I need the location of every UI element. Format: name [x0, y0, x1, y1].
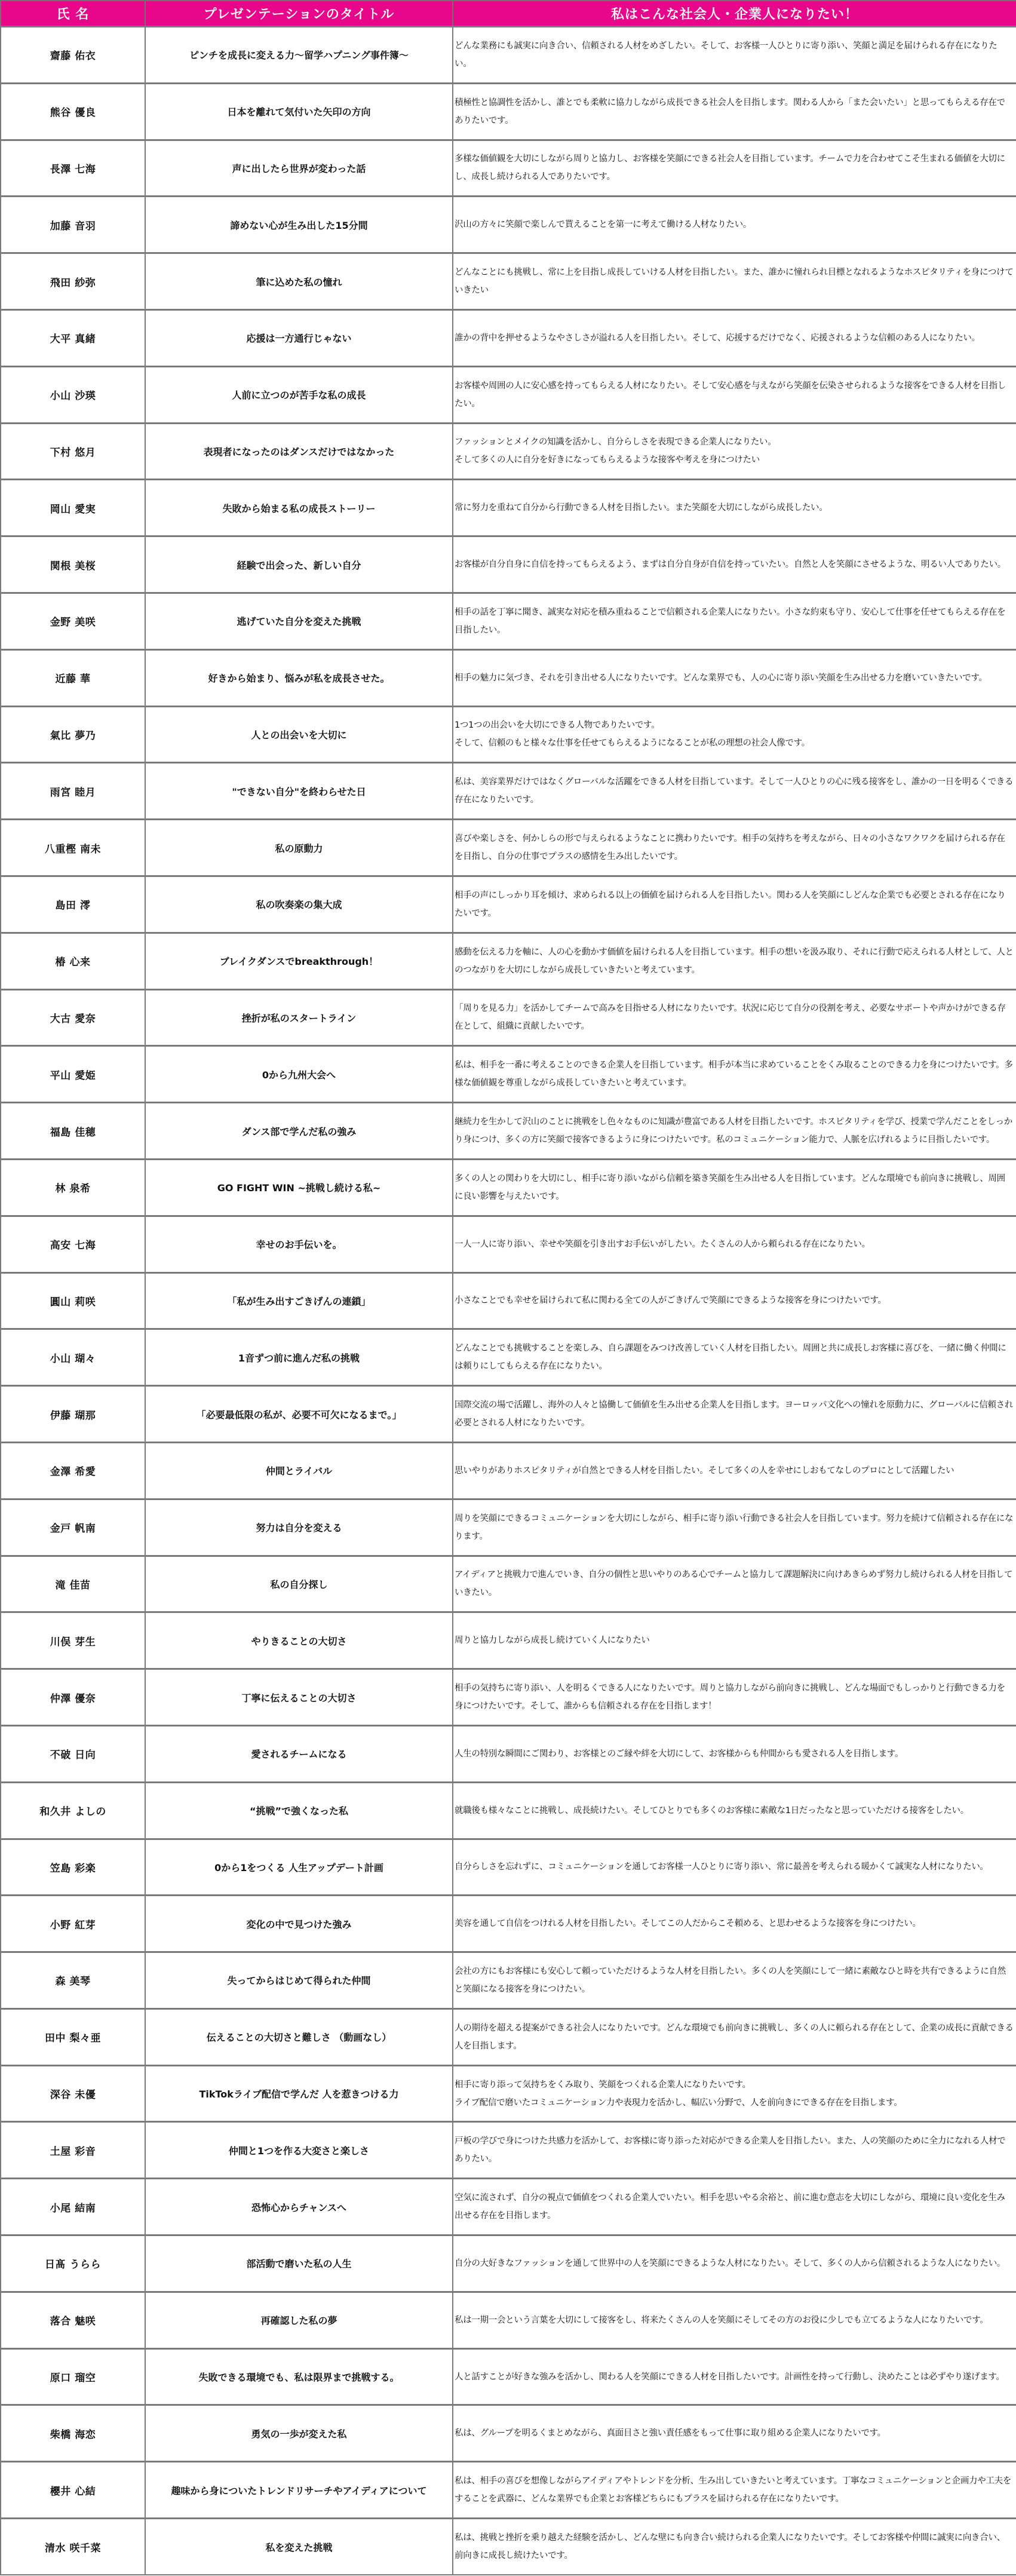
- student-name-cell: 小尾 結南: [1, 2179, 145, 2235]
- career-goal-cell: 私は、美容業界だけではなくグローバルな活躍をできる人材を目指しています。そして一…: [453, 763, 1016, 820]
- presentation-title-cell: 挫折が私のスタートライン: [145, 989, 453, 1046]
- presentation-title-cell: 0から1をつくる 人生アップデート計画: [145, 1839, 453, 1896]
- student-name-cell: 長澤 七海: [1, 140, 145, 197]
- table-row: 平山 愛姫0から九州大会へ私は、相手を一番に考えることのできる企業人を目指してい…: [1, 1046, 1016, 1103]
- table-row: 長澤 七海声に出したら世界が変わった話多様な価値観を大切にしながら周りと協力し、…: [1, 140, 1016, 197]
- student-name-cell: 小山 瑚々: [1, 1329, 145, 1386]
- career-goal-cell: ファッションとメイクの知識を活かし、自分らしさを表現できる企業人になりたい。 そ…: [453, 423, 1016, 480]
- career-goal-cell: 喜びや楽しさを、何かしらの形で与えられるようなことに携わりたいです。相手の気持ち…: [453, 820, 1016, 876]
- career-goal-cell: 小さなことでも幸せを届けられて私に関わる全ての人がごきげんで笑顔にできるような接…: [453, 1272, 1016, 1329]
- student-name-cell: 島田 澪: [1, 876, 145, 933]
- presentation-title-cell: 私を変えた挑戦: [145, 2519, 453, 2575]
- student-name-cell: 平山 愛姫: [1, 1046, 145, 1103]
- column-header-name: 氏 名: [1, 1, 145, 27]
- student-name-cell: 森 美琴: [1, 1952, 145, 2009]
- presentation-title-cell: 私の原動力: [145, 820, 453, 876]
- career-goal-cell: 戸板の学びで身につけた共感力を活かして、お客様に寄り添った対応ができる企業人を目…: [453, 2122, 1016, 2179]
- presentation-title-cell: 1音ずつ前に進んだ私の挑戦: [145, 1329, 453, 1386]
- student-name-cell: 小山 沙瑛: [1, 366, 145, 423]
- career-goal-cell: 人と話すことが好きな強みを活かし、関わる人を笑顔にできる人材を目指したいです。計…: [453, 2348, 1016, 2405]
- career-goal-cell: 国際交流の場で活躍し、海外の人々と協働して価値を生み出せる企業人を目指します。ヨ…: [453, 1386, 1016, 1443]
- student-name-cell: 日髙 うらら: [1, 2235, 145, 2292]
- table-row: 島田 澪私の吹奏楽の集大成相手の声にしっかり耳を傾け、求められる以上の価値を届け…: [1, 876, 1016, 933]
- presentation-title-cell: 私の自分探し: [145, 1556, 453, 1612]
- career-goal-cell: 周りを笑顔にできるコミュニケーションを大切にしながら、相手に寄り添い行動できる社…: [453, 1499, 1016, 1556]
- column-header-title: プレゼンテーションのタイトル: [145, 1, 453, 27]
- career-goal-cell: 積極性と協調性を活かし、誰とでも柔軟に協力しながら成長できる社会人を目指します。…: [453, 83, 1016, 140]
- presentation-title-cell: 丁寧に伝えることの大切さ: [145, 1669, 453, 1726]
- presentation-title-cell: ピンチを成長に変える力～留学ハプニング事件簿～: [145, 27, 453, 84]
- career-goal-cell: 継続力を生かして沢山のことに挑戦をし色々なものに知識が豊富である人材を目指したい…: [453, 1103, 1016, 1160]
- table-row: 小山 沙瑛人前に立つのが苦手な私の成長お客様や周囲の人に安心感を持ってもらえる人…: [1, 366, 1016, 423]
- table-row: 雨宮 睦月"できない自分"を終わらせた日私は、美容業界だけではなくグローバルな活…: [1, 763, 1016, 820]
- table-row: 小野 紅芽変化の中で見つけた強み美容を通して自信をつけれる人材を目指したい。そし…: [1, 1896, 1016, 1952]
- student-name-cell: 仲澤 優奈: [1, 1669, 145, 1726]
- career-goal-cell: 人生の特別な瞬間にご関わり、お客様とのご縁や絆を大切にして、お客様からも仲間から…: [453, 1725, 1016, 1782]
- table-row: 清水 咲千菜私を変えた挑戦私は、挑戦と挫折を乗り越えた経験を活かし、どんな壁にも…: [1, 2519, 1016, 2575]
- career-goal-cell: 人の期待を超える提案ができる社会人になりたいです。どんな環境でも前向きに挑戦し、…: [453, 2008, 1016, 2065]
- career-goal-cell: 自分らしさを忘れずに、コミュニケーションを通してお客様一人ひとりに寄り添い、常に…: [453, 1839, 1016, 1896]
- table-row: 土屋 彩音仲間と1つを作る大変さと楽しさ戸板の学びで身につけた共感力を活かして、…: [1, 2122, 1016, 2179]
- career-goal-cell: 私は一期一会という言葉を大切にして接客をし、将来たくさんの人を笑顔にそしてその方…: [453, 2292, 1016, 2348]
- student-name-cell: 原口 瑠空: [1, 2348, 145, 2405]
- presentation-title-cell: 勇気の一歩が変えた私: [145, 2405, 453, 2462]
- career-goal-cell: 誰かの背中を押せるようなやさしさが溢れる人を目指したい。そして、応援するだけでな…: [453, 309, 1016, 366]
- presentation-title-cell: 諦めない心が生み出した15分間: [145, 197, 453, 253]
- career-goal-cell: 私は、相手の喜びを想像しながらアイディアやトレンドを分析、生み出していきたいと考…: [453, 2462, 1016, 2519]
- presentation-title-cell: 声に出したら世界が変わった話: [145, 140, 453, 197]
- student-name-cell: 伊藤 瑚那: [1, 1386, 145, 1443]
- career-goal-cell: 就職後も様々なことに挑戦し、成長続けたい。そしてひとりでも多くのお客様に素敵な1…: [453, 1782, 1016, 1839]
- student-name-cell: 八重樫 南未: [1, 820, 145, 876]
- presentation-title-cell: 伝えることの大切さと難しさ （動画なし）: [145, 2008, 453, 2065]
- table-row: 落合 魅咲再確認した私の夢私は一期一会という言葉を大切にして接客をし、将来たくさ…: [1, 2292, 1016, 2348]
- table-row: 金戸 帆南努力は自分を変える周りを笑顔にできるコミュニケーションを大切にしながら…: [1, 1499, 1016, 1556]
- career-goal-cell: 私は、グループを明るくまとめながら、真面目さと強い責任感をもって仕事に取り組める…: [453, 2405, 1016, 2462]
- table-row: 金野 美咲逃げていた自分を変えた挑戦相手の話を丁寧に聞き、誠実な対応を積み重ねる…: [1, 593, 1016, 649]
- student-name-cell: 熊谷 優良: [1, 83, 145, 140]
- table-row: 不破 日向愛されるチームになる人生の特別な瞬間にご関わり、お客様とのご縁や絆を大…: [1, 1725, 1016, 1782]
- student-name-cell: 齋藤 佑衣: [1, 27, 145, 84]
- table-row: 氣比 夢乃人との出会いを大切に1つ1つの出会いを大切にできる人物でありたいです。…: [1, 706, 1016, 763]
- presentation-title-cell: やりきることの大切さ: [145, 1612, 453, 1669]
- presentation-title-cell: 部活動で磨いた私の人生: [145, 2235, 453, 2292]
- presentation-title-cell: 愛されるチームになる: [145, 1725, 453, 1782]
- presentation-title-cell: 0から九州大会へ: [145, 1046, 453, 1103]
- table-row: 滝 佳苗私の自分探しアイディアと挑戦力で進んでいき、自分の個性と思いやりのある心…: [1, 1556, 1016, 1612]
- table-row: 近藤 華好きから始まり、悩みが私を成長させた。相手の魅力に気づき、それを引き出せ…: [1, 649, 1016, 706]
- student-name-cell: 下村 悠月: [1, 423, 145, 480]
- presentation-title-cell: “挑戦”で強くなった私: [145, 1782, 453, 1839]
- presentation-title-cell: 「必要最低限の私が、必要不可欠になるまで。」: [145, 1386, 453, 1443]
- column-header-goal: 私はこんな社会人・企業人になりたい！: [453, 1, 1016, 27]
- presentation-title-cell: 経験で出会った、新しい自分: [145, 536, 453, 593]
- student-name-cell: 大平 真緒: [1, 309, 145, 366]
- career-goal-cell: 会社の方にもお客様にも安心して頼っていただけるような人材を目指したい。多くの人を…: [453, 1952, 1016, 2009]
- table-row: 笠島 彩楽0から1をつくる 人生アップデート計画自分らしさを忘れずに、コミュニケ…: [1, 1839, 1016, 1896]
- table-row: 飛田 紗弥筆に込めた私の憧れどんなことにも挑戦し、常に上を目指し成長していける人…: [1, 253, 1016, 310]
- table-row: 大古 愛奈挫折が私のスタートライン「周りを見る力」を活かしてチームで高みを目指せ…: [1, 989, 1016, 1046]
- table-body: 齋藤 佑衣ピンチを成長に変える力～留学ハプニング事件簿～どんな業務にも誠実に向き…: [1, 27, 1016, 2575]
- career-goal-cell: どんなことでも挑戦することを楽しみ、自ら課題をみつけ改善していく人材を目指したい…: [453, 1329, 1016, 1386]
- table-row: 椿 心来ブレイクダンスでbreakthrough！感動を伝える力を軸に、人の心を…: [1, 933, 1016, 989]
- student-name-cell: 柴橋 海恋: [1, 2405, 145, 2462]
- student-name-cell: 土屋 彩音: [1, 2122, 145, 2179]
- career-goal-cell: 美容を通して自信をつけれる人材を目指したい。そしてこの人だからこそ頼める、と思わ…: [453, 1896, 1016, 1952]
- career-goal-cell: 感動を伝える力を軸に、人の心を動かす価値を届けられる人を目指しています。相手の想…: [453, 933, 1016, 989]
- career-goal-cell: 沢山の方々に笑顔で楽しんで貰えることを第一に考えて働ける人材なりたい。: [453, 197, 1016, 253]
- table-row: 八重樫 南未私の原動力喜びや楽しさを、何かしらの形で与えられるようなことに携わり…: [1, 820, 1016, 876]
- career-goal-cell: 私は、相手を一番に考えることのできる企業人を目指しています。相手が本当に求めてい…: [453, 1046, 1016, 1103]
- table-row: 田中 梨々亜伝えることの大切さと難しさ （動画なし）人の期待を超える提案ができる…: [1, 2008, 1016, 2065]
- presentation-title-cell: 趣味から身についたトレンドリサーチやアイディアについて: [145, 2462, 453, 2519]
- career-goal-cell: 相手の魅力に気づき、それを引き出せる人になりたいです。どんな業界でも、人の心に寄…: [453, 649, 1016, 706]
- career-goal-cell: 空気に流されず、自分の視点で価値をつくれる企業人でいたい。相手を思いやる余裕と、…: [453, 2179, 1016, 2235]
- presentation-title-cell: 応援は一方通行じゃない: [145, 309, 453, 366]
- presentation-title-cell: 私の吹奏楽の集大成: [145, 876, 453, 933]
- presentation-title-cell: 失敗できる環境でも、私は限界まで挑戦する。: [145, 2348, 453, 2405]
- presentation-title-cell: TikTokライブ配信で学んだ 人を惹きつける力: [145, 2065, 453, 2122]
- presentation-title-cell: 再確認した私の夢: [145, 2292, 453, 2348]
- presentation-title-cell: 逃げていた自分を変えた挑戦: [145, 593, 453, 649]
- table-row: 仲澤 優奈丁寧に伝えることの大切さ相手の気持ちに寄り添い、人を明るくできる人にな…: [1, 1669, 1016, 1726]
- career-goal-cell: どんな業務にも誠実に向き合い、信頼される人材をめざしたい。そして、お客様一人ひと…: [453, 27, 1016, 84]
- presentation-title-cell: ダンス部で学んだ私の強み: [145, 1103, 453, 1160]
- presentation-title-cell: 好きから始まり、悩みが私を成長させた。: [145, 649, 453, 706]
- presentation-title-cell: 人前に立つのが苦手な私の成長: [145, 366, 453, 423]
- student-name-cell: 加藤 音羽: [1, 197, 145, 253]
- student-name-cell: 岡山 愛実: [1, 480, 145, 536]
- student-name-cell: 近藤 華: [1, 649, 145, 706]
- presentation-title-cell: 筆に込めた私の憧れ: [145, 253, 453, 310]
- career-goal-cell: お客様が自分自身に自信を持ってもらえるよう、まずは自分自身が自信を持っていたい。…: [453, 536, 1016, 593]
- student-name-cell: 雨宮 睦月: [1, 763, 145, 820]
- table-header-row: 氏 名 プレゼンテーションのタイトル 私はこんな社会人・企業人になりたい！: [1, 1, 1016, 27]
- student-name-cell: 林 泉希: [1, 1159, 145, 1216]
- table-row: 福島 佳穂ダンス部で学んだ私の強み継続力を生かして沢山のことに挑戦をし色々なもの…: [1, 1103, 1016, 1160]
- table-row: 林 泉希GO FIGHT WIN ~挑戦し続ける私~多くの人との関わりを大切にし…: [1, 1159, 1016, 1216]
- career-goal-cell: 相手に寄り添って気持ちをくみ取り、笑顔をつくれる企業人になりたいです。 ライブ配…: [453, 2065, 1016, 2122]
- student-name-cell: 氣比 夢乃: [1, 706, 145, 763]
- table-row: 川俣 芽生やりきることの大切さ周りと協力しながら成長し続けていく人になりたい: [1, 1612, 1016, 1669]
- presentation-title-cell: "できない自分"を終わらせた日: [145, 763, 453, 820]
- table-row: 加藤 音羽諦めない心が生み出した15分間沢山の方々に笑顔で楽しんで貰えることを第…: [1, 197, 1016, 253]
- presentation-title-cell: 仲間とライバル: [145, 1442, 453, 1499]
- table-row: 岡山 愛実失敗から始まる私の成長ストーリー常に努力を重ねて自分から行動できる人材…: [1, 480, 1016, 536]
- career-goal-cell: アイディアと挑戦力で進んでいき、自分の個性と思いやりのある心でチームと協力して課…: [453, 1556, 1016, 1612]
- presentation-title-cell: 表現者になったのはダンスだけではなかった: [145, 423, 453, 480]
- table-row: 大平 真緒応援は一方通行じゃない誰かの背中を押せるようなやさしさが溢れる人を目指…: [1, 309, 1016, 366]
- student-name-cell: 川俣 芽生: [1, 1612, 145, 1669]
- student-name-cell: 高安 七海: [1, 1216, 145, 1272]
- student-name-cell: 福島 佳穂: [1, 1103, 145, 1160]
- student-name-cell: 小野 紅芽: [1, 1896, 145, 1952]
- table-row: 深谷 未優TikTokライブ配信で学んだ 人を惹きつける力相手に寄り添って気持ち…: [1, 2065, 1016, 2122]
- presentation-title-cell: 恐怖心からチャンスへ: [145, 2179, 453, 2235]
- presentation-title-cell: ブレイクダンスでbreakthrough！: [145, 933, 453, 989]
- career-goal-cell: 相手の声にしっかり耳を傾け、求められる以上の価値を届けられる人を目指したい。関わ…: [453, 876, 1016, 933]
- table-row: 小山 瑚々1音ずつ前に進んだ私の挑戦どんなことでも挑戦することを楽しみ、自ら課題…: [1, 1329, 1016, 1386]
- table-row: 原口 瑠空失敗できる環境でも、私は限界まで挑戦する。人と話すことが好きな強みを活…: [1, 2348, 1016, 2405]
- table-row: 関根 美桜経験で出会った、新しい自分お客様が自分自身に自信を持ってもらえるよう、…: [1, 536, 1016, 593]
- career-goal-cell: 自分の大好きなファッションを通して世界中の人を笑顔にできるような人材になりたい。…: [453, 2235, 1016, 2292]
- table-row: 小尾 結南恐怖心からチャンスへ空気に流されず、自分の視点で価値をつくれる企業人で…: [1, 2179, 1016, 2235]
- student-name-cell: 不破 日向: [1, 1725, 145, 1782]
- presentation-title-cell: 人との出会いを大切に: [145, 706, 453, 763]
- student-name-cell: 清水 咲千菜: [1, 2519, 145, 2575]
- presentation-title-cell: 失ってからはじめて得られた仲間: [145, 1952, 453, 2009]
- student-name-cell: 大古 愛奈: [1, 989, 145, 1046]
- presentation-title-cell: 幸せのお手伝いを。: [145, 1216, 453, 1272]
- student-name-cell: 金澤 希愛: [1, 1442, 145, 1499]
- career-goal-cell: 周りと協力しながら成長し続けていく人になりたい: [453, 1612, 1016, 1669]
- presentation-title-cell: GO FIGHT WIN ~挑戦し続ける私~: [145, 1159, 453, 1216]
- student-name-cell: 笠島 彩楽: [1, 1839, 145, 1896]
- table-row: 日髙 うらら部活動で磨いた私の人生自分の大好きなファッションを通して世界中の人を…: [1, 2235, 1016, 2292]
- table-row: 圓山 莉咲「私が生み出すごきげんの連鎖」小さなことでも幸せを届けられて私に関わる…: [1, 1272, 1016, 1329]
- student-name-cell: 和久井 よしの: [1, 1782, 145, 1839]
- table-row: 櫻井 心結趣味から身についたトレンドリサーチやアイディアについて私は、相手の喜び…: [1, 2462, 1016, 2519]
- career-goal-cell: 常に努力を重ねて自分から行動できる人材を目指したい。また笑顔を大切にしながら成長…: [453, 480, 1016, 536]
- student-name-cell: 櫻井 心結: [1, 2462, 145, 2519]
- career-goal-cell: 思いやりがありホスピタリティが自然とできる人材を目指したい。そして多くの人を幸せ…: [453, 1442, 1016, 1499]
- career-goal-cell: どんなことにも挑戦し、常に上を目指し成長していける人材を目指したい。また、誰かに…: [453, 253, 1016, 310]
- career-goal-cell: お客様や周囲の人に安心感を持ってもらえる人材になりたい。そして安心感を与えながら…: [453, 366, 1016, 423]
- student-name-cell: 圓山 莉咲: [1, 1272, 145, 1329]
- presentation-title-cell: 失敗から始まる私の成長ストーリー: [145, 480, 453, 536]
- presentation-title-cell: 努力は自分を変える: [145, 1499, 453, 1556]
- career-goal-cell: 私は、挑戦と挫折を乗り越えた経験を活かし、どんな壁にも向き合い続けられる企業人に…: [453, 2519, 1016, 2575]
- career-goal-cell: 相手の話を丁寧に聞き、誠実な対応を積み重ねることで信頼される企業人になりたい。小…: [453, 593, 1016, 649]
- student-name-cell: 深谷 未優: [1, 2065, 145, 2122]
- student-name-cell: 椿 心来: [1, 933, 145, 989]
- table-row: 和久井 よしの“挑戦”で強くなった私就職後も様々なことに挑戦し、成長続けたい。そ…: [1, 1782, 1016, 1839]
- student-name-cell: 滝 佳苗: [1, 1556, 145, 1612]
- career-goal-cell: 多くの人との関わりを大切にし、相手に寄り添いながら信頼を築き笑顔を生み出せる人を…: [453, 1159, 1016, 1216]
- table-row: 柴橋 海恋勇気の一歩が変えた私私は、グループを明るくまとめながら、真面目さと強い…: [1, 2405, 1016, 2462]
- table-row: 森 美琴失ってからはじめて得られた仲間会社の方にもお客様にも安心して頼っていただ…: [1, 1952, 1016, 2009]
- table-row: 伊藤 瑚那「必要最低限の私が、必要不可欠になるまで。」国際交流の場で活躍し、海外…: [1, 1386, 1016, 1443]
- student-name-cell: 飛田 紗弥: [1, 253, 145, 310]
- presentation-roster-table: 氏 名 プレゼンテーションのタイトル 私はこんな社会人・企業人になりたい！ 齋藤…: [0, 0, 1016, 2575]
- student-name-cell: 田中 梨々亜: [1, 2008, 145, 2065]
- table-row: 齋藤 佑衣ピンチを成長に変える力～留学ハプニング事件簿～どんな業務にも誠実に向き…: [1, 27, 1016, 84]
- presentation-title-cell: 日本を離れて気付いた矢印の方向: [145, 83, 453, 140]
- table-row: 下村 悠月表現者になったのはダンスだけではなかったファッションとメイクの知識を活…: [1, 423, 1016, 480]
- presentation-title-cell: 仲間と1つを作る大変さと楽しさ: [145, 2122, 453, 2179]
- table-row: 金澤 希愛仲間とライバル思いやりがありホスピタリティが自然とできる人材を目指した…: [1, 1442, 1016, 1499]
- career-goal-cell: 相手の気持ちに寄り添い、人を明るくできる人になりたいです。周りと協力しながら前向…: [453, 1669, 1016, 1726]
- career-goal-cell: 「周りを見る力」を活かしてチームで高みを目指せる人材になりたいです。状況に応じて…: [453, 989, 1016, 1046]
- presentation-title-cell: 変化の中で見つけた強み: [145, 1896, 453, 1952]
- student-name-cell: 関根 美桜: [1, 536, 145, 593]
- career-goal-cell: 1つ1つの出会いを大切にできる人物でありたいです。 そして、信頼のもと様々な仕事…: [453, 706, 1016, 763]
- career-goal-cell: 多様な価値観を大切にしながら周りと協力し、お客様を笑顔にできる社会人を目指してい…: [453, 140, 1016, 197]
- student-name-cell: 落合 魅咲: [1, 2292, 145, 2348]
- table-row: 高安 七海幸せのお手伝いを。一人一人に寄り添い、幸せや笑顔を引き出すお手伝いがし…: [1, 1216, 1016, 1272]
- career-goal-cell: 一人一人に寄り添い、幸せや笑顔を引き出すお手伝いがしたい。たくさんの人から頼られ…: [453, 1216, 1016, 1272]
- presentation-title-cell: 「私が生み出すごきげんの連鎖」: [145, 1272, 453, 1329]
- student-name-cell: 金野 美咲: [1, 593, 145, 649]
- student-name-cell: 金戸 帆南: [1, 1499, 145, 1556]
- table-row: 熊谷 優良日本を離れて気付いた矢印の方向積極性と協調性を活かし、誰とでも柔軟に協…: [1, 83, 1016, 140]
